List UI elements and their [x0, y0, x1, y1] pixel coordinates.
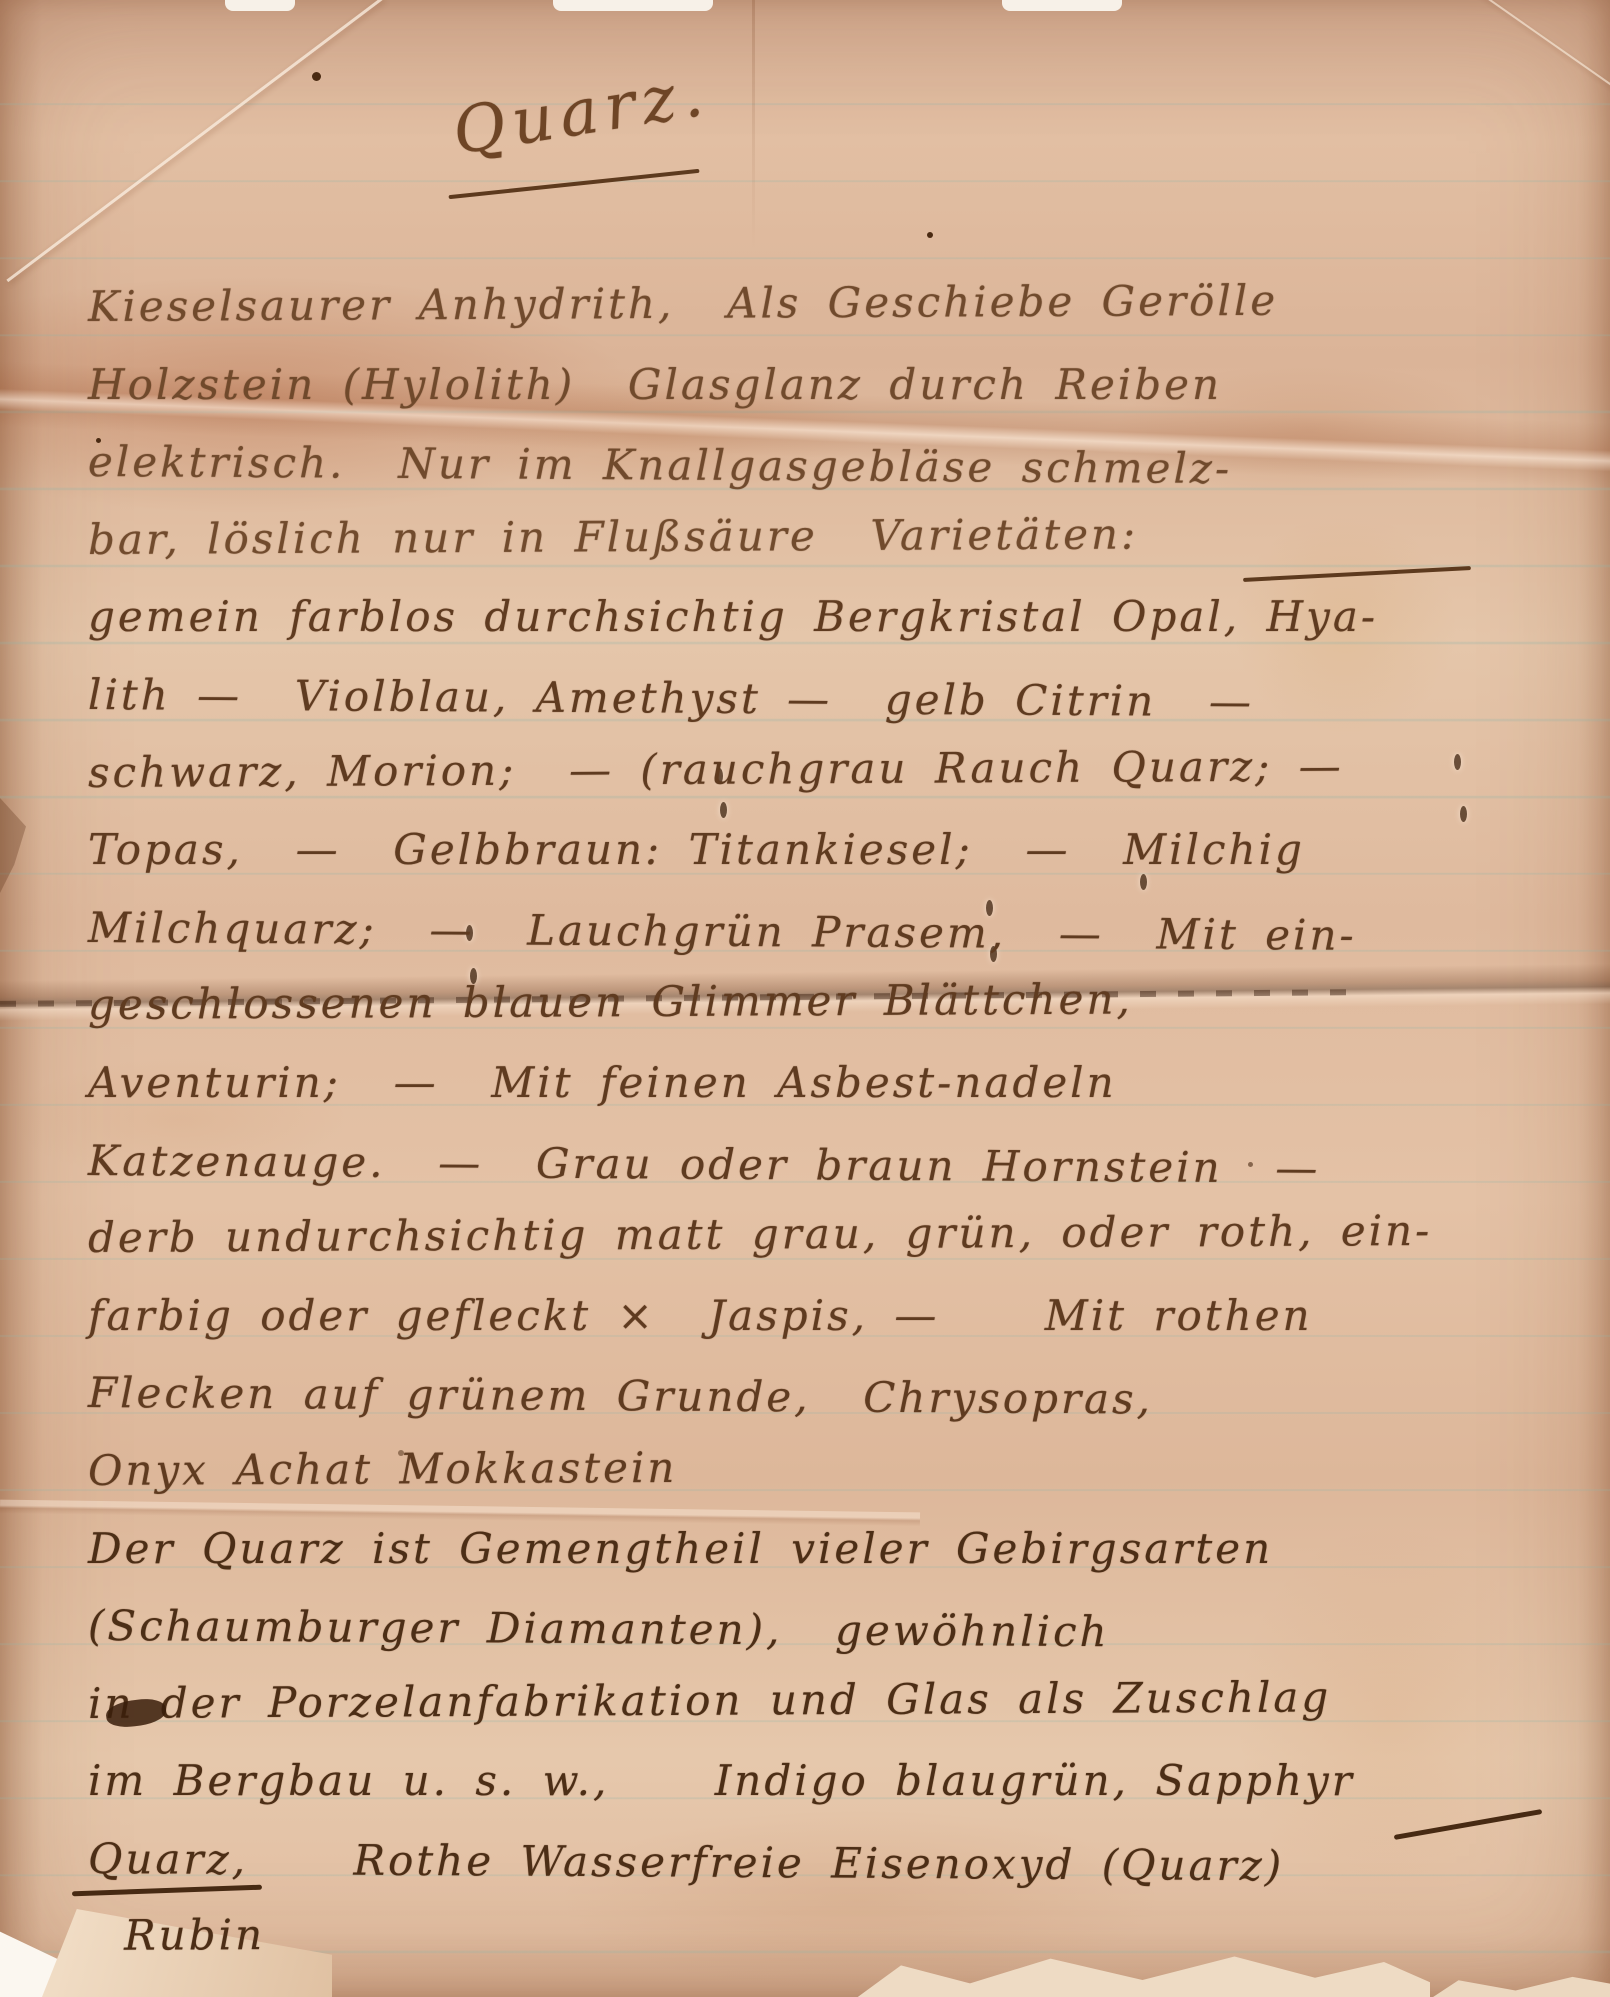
manuscript-line-20: im Bergbau u. s. w., Indigo blaugrün, Sa…: [88, 1742, 1432, 1820]
ink-speck: [312, 72, 321, 81]
manuscript-line-1: Kieselsaurer Anhydrith, Als Geschiebe Ge…: [88, 261, 1433, 346]
manuscript-line-22: Rubin: [88, 1890, 1433, 1975]
manuscript-line-4: bar, löslich nur in Flußsäure Varietäten…: [88, 494, 1433, 579]
manuscript-line-17: Der Quarz ist Gemengtheil vieler Gebirgs…: [88, 1510, 1432, 1588]
paper-tear: [225, 0, 295, 11]
manuscript-page: Quarz. Kieselsaurer Anhydrith, Als Gesch…: [0, 0, 1610, 1997]
manuscript-line-14: farbig oder gefleckt × Jaspis, — Mit rot…: [88, 1277, 1432, 1355]
pin-hole: [1460, 806, 1467, 822]
ink-speck: [927, 232, 933, 238]
manuscript-line-7: schwarz, Morion; — (rauchgrau Rauch Quar…: [88, 727, 1433, 812]
manuscript-line-13: derb undurchsichtig matt grau, grün, ode…: [88, 1192, 1433, 1277]
manuscript-line-8: Topas, — Gelbbraun: Titankiesel; — Milch…: [88, 811, 1432, 889]
manuscript-line-5: gemein farblos durchsichtig Bergkristal …: [88, 578, 1432, 656]
manuscript-line-10: geschlossenen blauen Glimmer Blättchen,: [88, 959, 1433, 1044]
paper-tear: [553, 0, 713, 11]
manuscript-line-11: Aventurin; — Mit feinen Asbest-nadeln: [88, 1044, 1432, 1122]
manuscript-body: Kieselsaurer Anhydrith, Als Geschiebe Ge…: [88, 268, 1432, 1975]
manuscript-line-16: Onyx Achat Mokkastein: [88, 1425, 1433, 1510]
manuscript-line-19: in der Porzelanfabrikation und Glas als …: [88, 1658, 1433, 1743]
manuscript-line-2: Holzstein (Hylolith) Glasglanz durch Rei…: [88, 346, 1432, 424]
paper-tear: [1002, 0, 1122, 11]
fold-crease: [752, 0, 755, 250]
pin-hole: [1454, 754, 1461, 770]
